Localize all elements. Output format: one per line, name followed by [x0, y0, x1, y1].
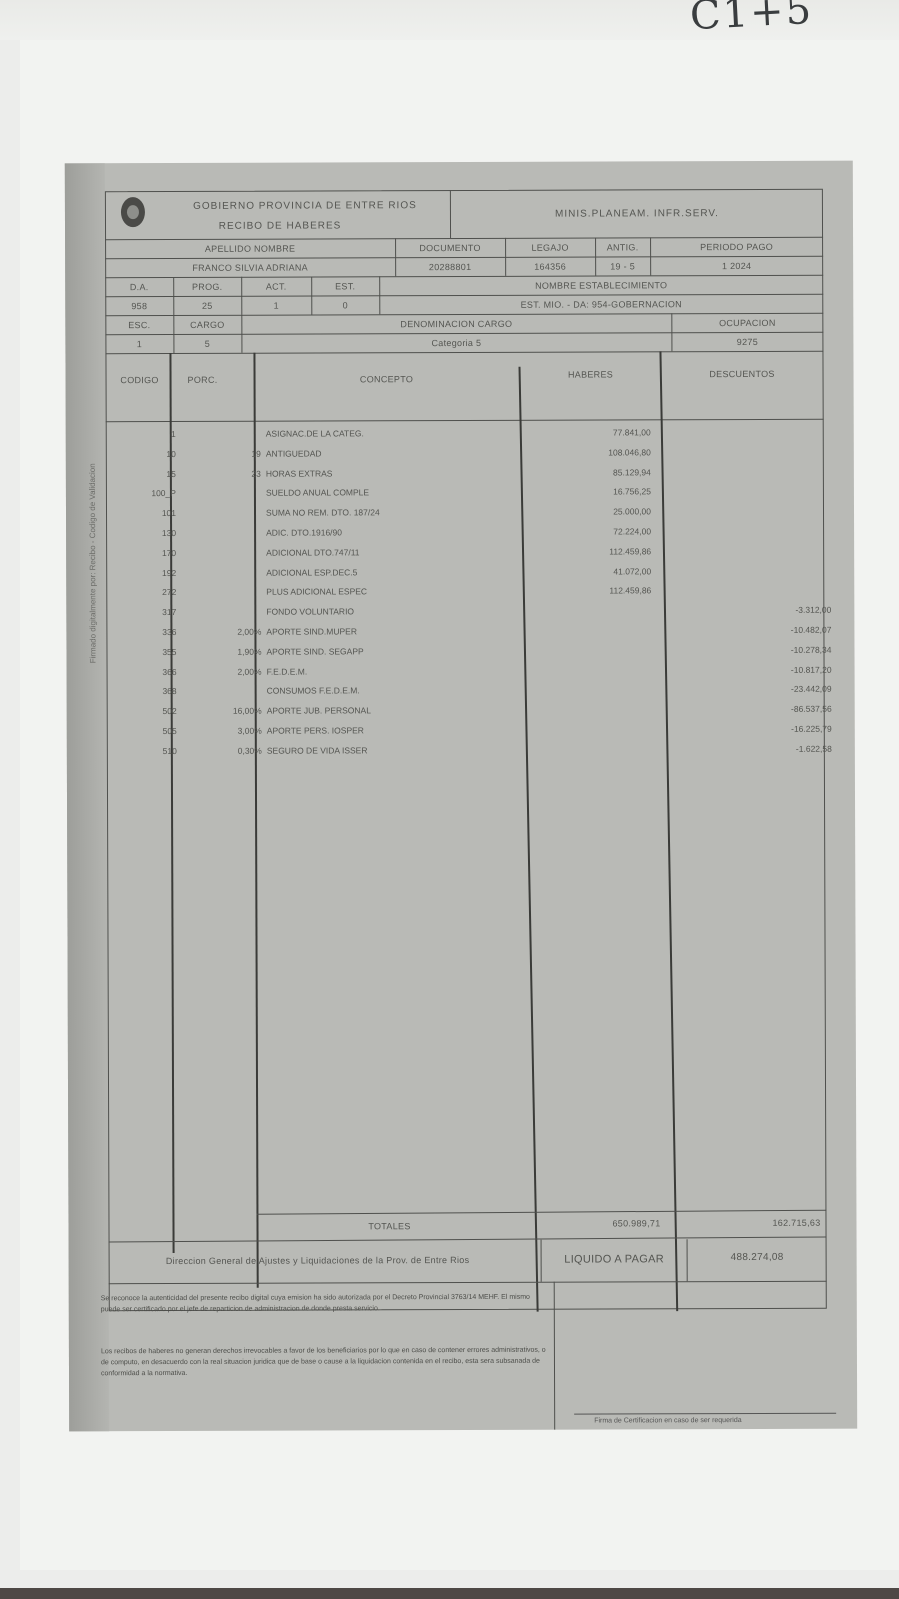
- pay-period: 1 2024: [650, 257, 823, 276]
- divider: [379, 276, 380, 314]
- row-descuentos: [666, 585, 831, 586]
- row-descuentos: [666, 427, 831, 428]
- row-code: 100_P: [121, 488, 176, 498]
- net-pay-value: 488.274,08: [688, 1244, 827, 1270]
- row-descuentos: [666, 546, 831, 547]
- row-concept: F.E.D.E.M.: [267, 666, 308, 676]
- row-code: 170: [121, 548, 176, 558]
- row-concept: SUMA NO REM. DTO. 187/24: [266, 507, 380, 517]
- row-code: 101: [121, 508, 176, 518]
- row-code: 368: [122, 686, 177, 696]
- total-haberes: 650.989,71: [530, 1213, 660, 1233]
- row-code: 10: [121, 449, 176, 459]
- legal-rights-text: Los recibos de haberes no generan derech…: [101, 1345, 551, 1380]
- row-code: 505: [122, 726, 177, 736]
- row-concept: APORTE JUB. PERSONAL: [267, 706, 371, 716]
- row-haberes: 112.459,86: [521, 586, 651, 596]
- row-porc: 16,00%: [187, 706, 262, 716]
- divider: [173, 277, 174, 315]
- row-haberes: 41.072,00: [521, 566, 651, 576]
- label-name: APELLIDO NOMBRE: [105, 239, 395, 258]
- ministry-name: MINIS.PLANEAM. INFR.SERV.: [451, 201, 823, 226]
- divider: [241, 277, 242, 315]
- row-haberes: 85.129,94: [521, 467, 651, 477]
- row-concept: ADIC. DTO.1916/90: [266, 527, 342, 537]
- position-occupation: 9275: [671, 333, 823, 352]
- row-code: 336: [121, 627, 176, 637]
- divider: [505, 238, 506, 276]
- table-row: 5100,30%SEGURO DE VIDA ISSER-1.622,58: [67, 739, 855, 762]
- row-descuentos: -16.225,79: [667, 724, 832, 735]
- label-document: DOCUMENTO: [395, 239, 505, 257]
- header-descuentos: DESCUENTOS: [660, 357, 823, 392]
- row-haberes: 77.841,00: [521, 427, 651, 437]
- label-da: D.A.: [105, 278, 173, 296]
- label-denomination: DENOMINACION CARGO: [241, 314, 671, 334]
- employee-legajo: 164356: [505, 258, 595, 276]
- row-descuentos: [666, 486, 831, 487]
- row-code: 192: [121, 568, 176, 578]
- label-establishment: NOMBRE ESTABLECIMIENTO: [379, 276, 823, 296]
- pay-receipt: Firmado digitalmente por: Recibo - Codig…: [65, 161, 857, 1432]
- row-concept: HORAS EXTRAS: [266, 468, 333, 478]
- label-esc: ESC.: [105, 316, 173, 334]
- divider: [595, 238, 596, 276]
- row-concept: ADICIONAL ESP.DEC.5: [266, 567, 357, 577]
- row-haberes: 72.224,00: [521, 526, 651, 536]
- row-concept: APORTE SIND.MUPER: [266, 626, 357, 636]
- row-code: 15: [121, 469, 176, 479]
- employee-antig: 19 - 5: [595, 257, 650, 275]
- row-descuentos: -23.442,09: [667, 684, 832, 695]
- row-code: 502: [122, 706, 177, 716]
- budget-da: 958: [105, 297, 173, 315]
- row-descuentos: [666, 447, 831, 448]
- row-code: 355: [121, 647, 176, 657]
- government-title: GOBIERNO PROVINCIA DE ENTRE RIOS: [155, 196, 455, 215]
- label-legajo: LEGAJO: [505, 239, 595, 257]
- divider: [650, 237, 651, 275]
- divider: [173, 315, 174, 353]
- row-descuentos: -1.622,58: [667, 744, 832, 755]
- province-logo-icon: [121, 197, 145, 227]
- position-esc: 1: [105, 335, 173, 353]
- row-haberes: 112.459,86: [521, 546, 651, 556]
- row-descuentos: [666, 526, 831, 527]
- row-code: 317: [121, 607, 176, 617]
- signature-line: [574, 1413, 836, 1415]
- row-descuentos: -3.312,00: [666, 605, 831, 616]
- row-porc: 2,00%: [187, 666, 262, 676]
- row-concept: SUELDO ANUAL COMPLE: [266, 488, 369, 498]
- document-title: RECIBO DE HABERES: [155, 216, 405, 235]
- divider: [395, 238, 396, 276]
- row-porc: 3,00%: [187, 726, 262, 736]
- label-cargo: CARGO: [173, 316, 241, 334]
- employee-document: 20288801: [395, 258, 505, 276]
- row-concept: FONDO VOLUNTARIO: [266, 607, 354, 617]
- row-concept: ANTIGUEDAD: [266, 448, 322, 458]
- divider: [671, 313, 672, 351]
- header-concept: CONCEPTO: [255, 362, 517, 397]
- label-est: EST.: [311, 277, 379, 295]
- row-concept: ADICIONAL DTO.747/11: [266, 547, 359, 557]
- row-porc: 2,00%: [186, 627, 261, 637]
- label-act: ACT.: [241, 278, 311, 296]
- row-descuentos: -10.817,20: [667, 664, 832, 675]
- legal-authenticity-text: Se reconoce la autenticidad del presente…: [101, 1292, 551, 1316]
- row-concept: SEGURO DE VIDA ISSER: [267, 745, 368, 755]
- position-cargo: 5: [173, 335, 241, 353]
- row-haberes: 25.000,00: [521, 507, 651, 517]
- row-porc: 23: [186, 468, 261, 478]
- total-descuentos: 162.715,63: [670, 1213, 820, 1234]
- budget-prog: 25: [173, 297, 241, 315]
- row-code: 1: [121, 429, 176, 439]
- row-descuentos: -10.278,34: [666, 645, 831, 656]
- row-descuentos: -86.537,56: [667, 704, 832, 715]
- row-descuentos: [666, 506, 831, 507]
- budget-est: 0: [311, 296, 379, 314]
- row-code: 272: [121, 587, 176, 597]
- row-code: 366: [122, 667, 177, 677]
- agency-name: Direccion General de Ajustes y Liquidaci…: [113, 1247, 523, 1274]
- row-concept: APORTE SIND. SEGAPP: [266, 646, 363, 656]
- row-porc: 1,90%: [186, 646, 261, 656]
- row-haberes: 108.046,80: [521, 447, 651, 457]
- header-code: CODIGO: [105, 363, 173, 397]
- signature-label: Firma de Certificacion en caso de ser re…: [594, 1417, 741, 1425]
- totals-label: TOTALES: [258, 1216, 520, 1237]
- employee-name: FRANCO SILVIA ADRIANA: [105, 258, 395, 277]
- net-pay-label: LIQUIDO A PAGAR: [542, 1246, 687, 1273]
- row-porc: 0,30%: [187, 745, 262, 755]
- row-haberes: 16.756,25: [521, 487, 651, 497]
- row-descuentos: [666, 466, 831, 467]
- row-porc: 19: [186, 448, 261, 458]
- row-concept: PLUS ADICIONAL ESPEC: [266, 587, 367, 597]
- label-antig: ANTIG.: [595, 238, 650, 256]
- row-concept: APORTE PERS. IOSPER: [267, 725, 364, 735]
- row-code: 510: [122, 746, 177, 756]
- table-surface: [0, 1588, 899, 1599]
- header-porc: PORC.: [173, 363, 253, 397]
- establishment-name: EST. MIO. - DA: 954-GOBERNACION: [379, 295, 823, 315]
- row-code: 130: [121, 528, 176, 538]
- row-concept: CONSUMOS F.E.D.E.M.: [267, 686, 360, 696]
- label-period: PERIODO PAGO: [650, 238, 823, 257]
- label-occupation: OCUPACION: [671, 314, 823, 333]
- position-denomination: Categoria 5: [241, 333, 671, 353]
- label-prog: PROG.: [173, 278, 241, 296]
- divider: [311, 277, 312, 315]
- row-descuentos: [666, 565, 831, 566]
- header-haberes: HABERES: [520, 357, 660, 391]
- row-concept: ASIGNAC.DE LA CATEG.: [266, 428, 364, 438]
- divider: [241, 315, 242, 353]
- row-descuentos: -10.482,07: [666, 625, 831, 636]
- budget-act: 1: [241, 297, 311, 315]
- handwritten-annotation: C1+5: [689, 0, 814, 39]
